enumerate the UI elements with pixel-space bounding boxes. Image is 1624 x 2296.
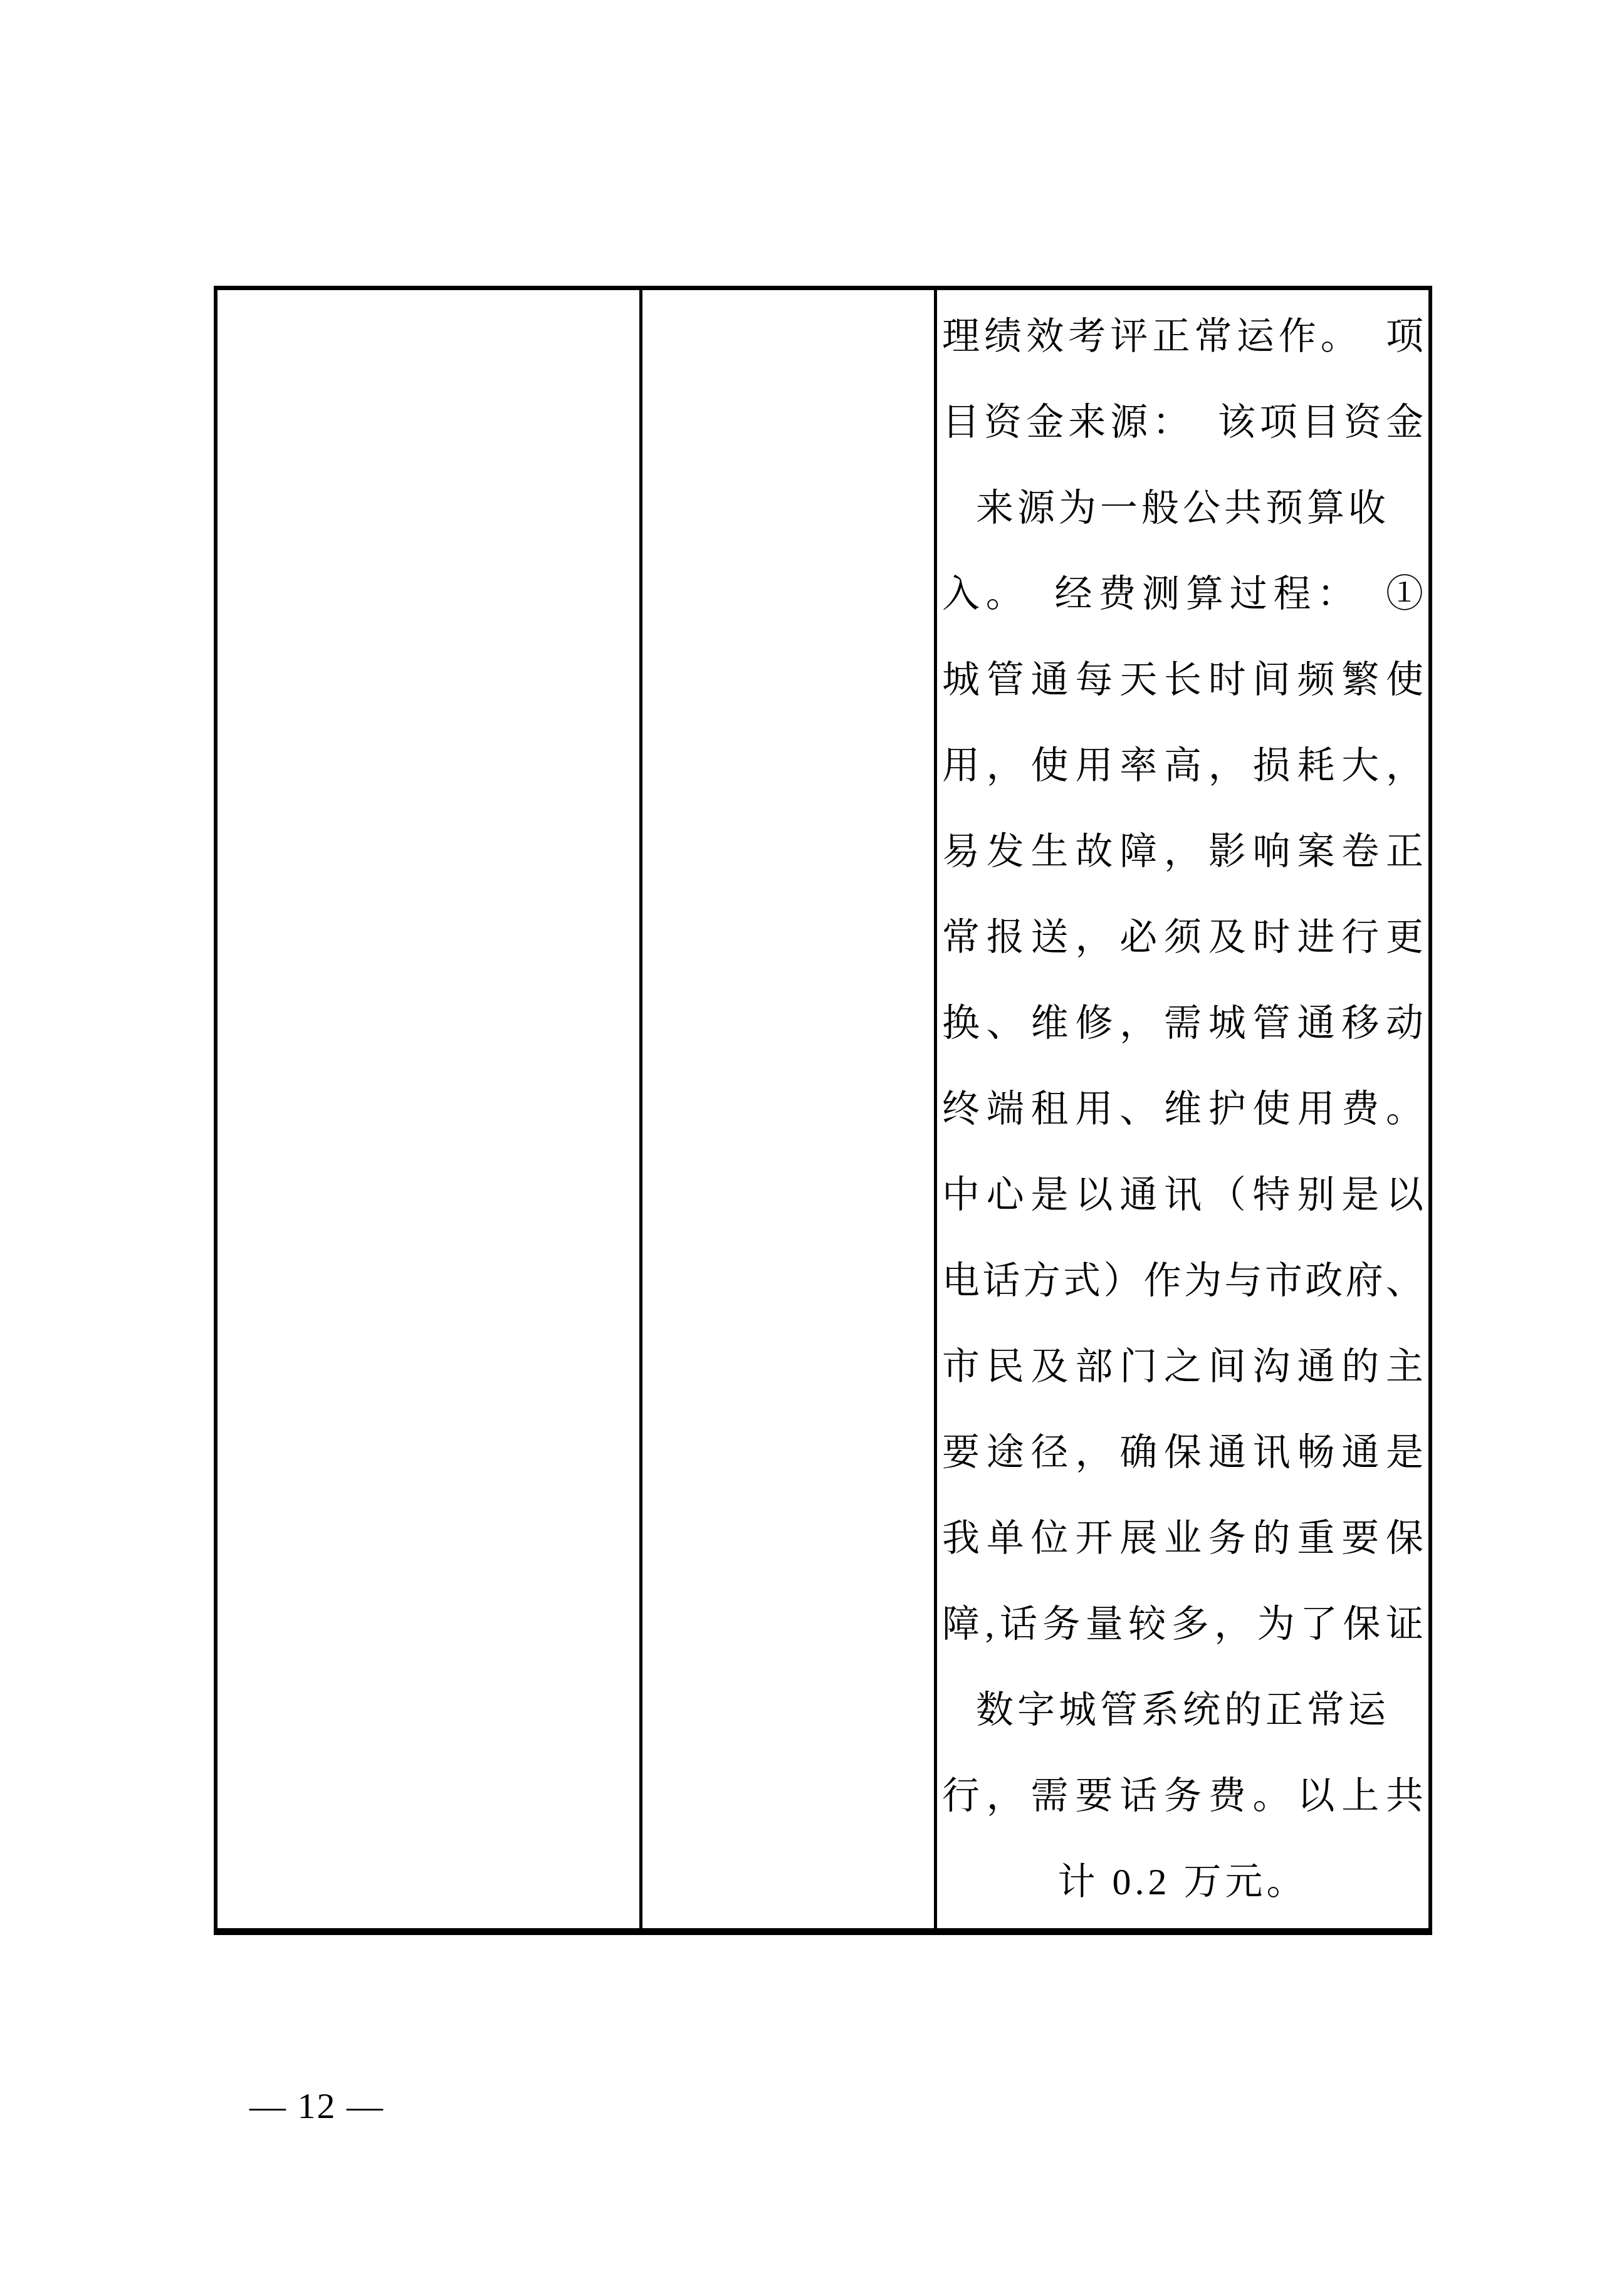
document-page: 理绩效考评正常运作。 项目资金来源： 该项目资金来源为一般公共预算收入。 经费测… xyxy=(0,0,1624,2296)
text-line: 终端租用、维护使用费。 xyxy=(942,1067,1423,1152)
text-line: 常报送，必须及时进行更 xyxy=(942,895,1423,981)
text-line: 市民及部门之间沟通的主 xyxy=(942,1324,1423,1410)
text-line: 城管通每天长时间频繁使 xyxy=(942,637,1423,723)
text-line: 用，使用率高，损耗大， xyxy=(942,723,1423,809)
text-line: 中心是以通讯（特别是以 xyxy=(942,1152,1423,1238)
page-number: — 12 — xyxy=(249,2084,384,2128)
text-line: 换、维修，需城管通移动 xyxy=(942,981,1423,1067)
text-line: 入。 经费测算过程： ① xyxy=(942,551,1423,637)
text-line: 易发生故障，影响案卷正 xyxy=(942,809,1423,895)
budget-justification-table: 理绩效考评正常运作。 项目资金来源： 该项目资金来源为一般公共预算收入。 经费测… xyxy=(214,286,1432,1935)
table-cell-empty-1 xyxy=(217,290,642,1928)
text-line: 行，需要话务费。以上共 xyxy=(942,1753,1423,1839)
table-cell-empty-2 xyxy=(642,290,937,1928)
text-line: 要途径，确保通讯畅通是 xyxy=(942,1410,1423,1496)
text-line: 目资金来源： 该项目资金 xyxy=(942,380,1423,466)
table-cell-text: 理绩效考评正常运作。 项目资金来源： 该项目资金来源为一般公共预算收入。 经费测… xyxy=(937,290,1428,1928)
text-line: 我单位开展业务的重要保 xyxy=(942,1496,1423,1582)
text-line: 障,话务量较多，为了保证 xyxy=(942,1582,1423,1667)
text-line: 电话方式）作为与市政府、 xyxy=(942,1238,1423,1324)
text-line: 来源为一般公共预算收 xyxy=(942,466,1423,551)
text-line: 数字城管系统的正常运 xyxy=(942,1667,1423,1753)
text-line: 计 0.2 万元。 xyxy=(942,1839,1423,1925)
text-line: 理绩效考评正常运作。 项 xyxy=(942,294,1423,380)
